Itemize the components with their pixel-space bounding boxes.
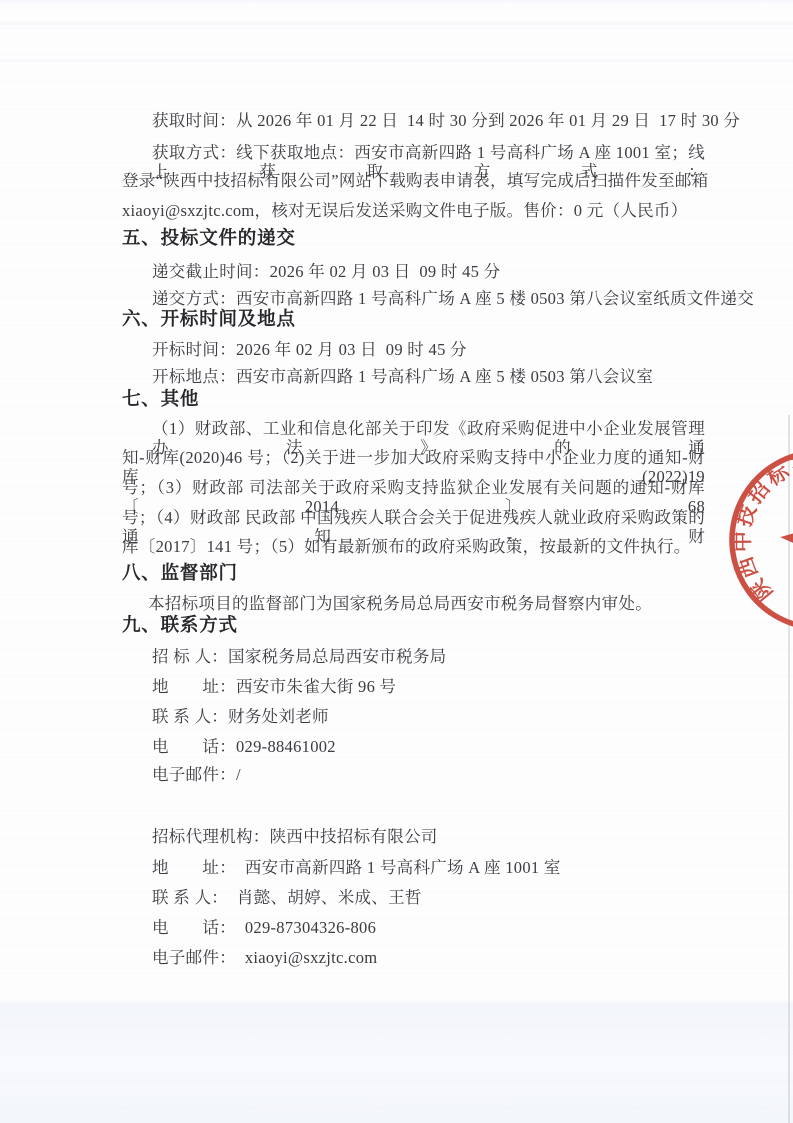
- agency-address-line: 地 址： 西安市高新四路 1 号高科广场 A 座 1001 室: [152, 858, 561, 877]
- document-page: 获取时间：从 2026 年 01 月 22 日 14 时 30 分到 2026 …: [0, 0, 793, 1123]
- section5-method: 递交方式：西安市高新四路 1 号高科广场 A 座 5 楼 0503 第八会议室纸…: [152, 289, 754, 308]
- agency-contact-line: 联 系 人： 肖懿、胡婷、米成、王哲: [152, 888, 422, 907]
- section6-place: 开标地点：西安市高新四路 1 号高科广场 A 座 5 楼 0503 第八会议室: [152, 367, 653, 386]
- section5-title: 五、投标文件的递交: [122, 230, 296, 249]
- section8-title: 八、监督部门: [122, 565, 238, 584]
- agency-phone-line: 电 话： 029-87304326-806: [152, 918, 376, 937]
- section7-line-5: 库〔2017〕141 号；（5）如有最新颁布的政府采购政策，按最新的文件执行。: [122, 537, 691, 556]
- agency-name-line: 招标代理机构：陕西中技招标有限公司: [152, 827, 438, 846]
- section7-title: 七、其他: [122, 391, 199, 410]
- tenderer-contact-line: 联 系 人：财务处刘老师: [152, 707, 329, 726]
- acquisition-method-line-3: xiaoyi@sxzjtc.com，核对无误后发送采购文件电子版。售价：0 元（…: [122, 201, 688, 220]
- tenderer-address-line: 地 址：西安市朱雀大街 96 号: [152, 677, 396, 696]
- tenderer-name-line: 招 标 人：国家税务局总局西安市税务局: [152, 647, 446, 666]
- section6-time: 开标时间：2026 年 02 月 03 日 09 时 45 分: [152, 340, 467, 359]
- tenderer-email-line: 电子邮件：/: [152, 765, 241, 784]
- acquisition-time-line: 获取时间：从 2026 年 01 月 22 日 14 时 30 分到 2026 …: [152, 111, 740, 130]
- section8-body: 本招标项目的监督部门为国家税务局总局西安市税务局督察内审处。: [148, 594, 652, 613]
- section9-title: 九、联系方式: [122, 617, 238, 636]
- agency-email-line: 电子邮件： xiaoyi@sxzjtc.com: [152, 948, 377, 967]
- acquisition-method-line-2: 登录“陕西中技招标有限公司”网站下载购表申请表，填写完成后扫描件发至邮箱: [122, 171, 708, 190]
- section5-deadline: 递交截止时间：2026 年 02 月 03 日 09 时 45 分: [152, 262, 500, 281]
- tenderer-phone-line: 电 话：029-88461002: [152, 737, 336, 756]
- company-seal-stamp: 陕西中技招标有限公司: [720, 440, 793, 640]
- seal-star-icon: [773, 492, 793, 581]
- section6-title: 六、开标时间及地点: [122, 311, 296, 330]
